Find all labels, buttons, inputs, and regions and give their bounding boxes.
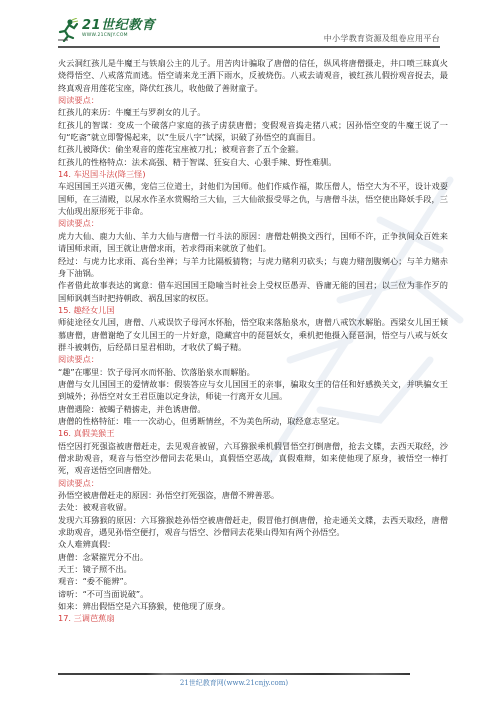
paragraph: 去处：被观音收留。 (58, 501, 448, 513)
paragraph: 车迟国国王兴道灭佛，宠信三位道士，封他们为国师。他们作威作福，欺压僧人，悟空大为… (58, 180, 448, 217)
reading-points-label: 阅读要点： (58, 477, 448, 489)
footer-link[interactable]: 21世纪教育网(www.21cnjy.com) (58, 678, 410, 688)
paragraph: 虎力大仙、鹿力大仙、羊力大仙与唐僧一行斗法的原因：唐僧赴朝换文西行，国师不许，正… (58, 230, 448, 255)
paragraph: 唐僧：念紧箍咒分不出。 (58, 551, 448, 563)
paragraph: 悟空因打死强盗被唐僧赶走，去见观音被留，六耳猕猴乘机假冒悟空打倒唐僧，抢去文牒，… (58, 440, 448, 477)
paragraph: 师徒途径女儿国，唐僧、八戒误饮子母河水怀胎，悟空取来落胎泉水，唐僧八戒饮水解胎。… (58, 316, 448, 353)
paragraph: 经过：与虎力比求雨、高台坐禅；与羊力比隔板猜物；与虎力赌利刃砍头；与鹿力赌剖腹剜… (58, 255, 448, 280)
reading-points-label: 阅读要点： (58, 353, 448, 365)
paragraph: 唐僧遇险：被蝎子精掳走，并色诱唐僧。 (58, 403, 448, 415)
reading-points-label: 阅读要点： (58, 94, 448, 106)
section-heading: 14. 车迟国斗法(降三怪) (58, 168, 448, 180)
paragraph: 谛听：“不可当面说破”。 (58, 588, 448, 600)
paragraph: 火云洞红孩儿是牛魔王与铁扇公主的儿子。用苦肉计骗取了唐僧的信任，纵风将唐僧摄走，… (58, 57, 448, 94)
reading-points-label: 阅读要点： (58, 217, 448, 229)
logo-url: WWW.21CNJY.COM (82, 33, 155, 39)
paragraph: 作者借此故事表达的寓意：借车迟国国王隐喻当时社会上受权臣愚弄、昏庸无能的国君；以… (58, 279, 448, 304)
paragraph: 发现六耳猕猴的原因：六耳猕猴趁孙悟空被唐僧赶走，假冒他打倒唐僧，抢走通关文牒，去… (58, 514, 448, 539)
paragraph: 红孩儿的智谋：变成一个破落户家庭的孩子虏获唐僧；变假观音捣走猪八戒；因孙悟空变的… (58, 119, 448, 144)
footer-divider (58, 673, 410, 675)
paragraph: 红孩儿的性格特点：法术高强、精于智谋、狂妄自大、心狠手辣、野性难驯。 (58, 156, 448, 168)
paragraph: 红孩儿的来历：牛魔王与罗刹女的儿子。 (58, 106, 448, 118)
paragraph: 天王：镜子照不出。 (58, 563, 448, 575)
page-header: 21世纪教育 WWW.21CNJY.COM 中小学教育资源及组卷应用平台 (58, 18, 440, 48)
runner-logo-icon (58, 18, 78, 42)
paragraph: 唐僧的性格特征：唯一一次动心，但勇断情丝，不为美色所动，取经意志坚定。 (58, 415, 448, 427)
paragraph: 孙悟空被唐僧赶走的原因：孙悟空打死强盗，唐僧不辨善恶。 (58, 489, 448, 501)
logo-title: 21世纪教育 (82, 18, 155, 33)
logo: 21世纪教育 WWW.21CNJY.COM (58, 18, 155, 44)
paragraph: 众人难辨真假： (58, 538, 448, 550)
paragraph: 如来：辨出假悟空是六耳猕猴，使他现了原身。 (58, 600, 448, 612)
paragraph: 观音：“委不能辨”。 (58, 575, 448, 587)
paragraph: 红孩儿被降伏：偷坐观音的莲花宝座被刀扎；被观音套了五个金箍。 (58, 143, 448, 155)
paragraph: 唐僧与女儿国国王的爱情故事：假装答应与女儿国国王的亲事，骗取女王的信任和好感换关… (58, 378, 448, 403)
section-heading: 15. 趣经女儿国 (58, 304, 448, 316)
platform-name: 中小学教育资源及组卷应用平台 (324, 33, 440, 44)
section-heading: 16. 真假美猴王 (58, 427, 448, 439)
section-heading: 17. 三调芭蕉扇 (58, 612, 448, 624)
paragraph: “趣”在哪里：饮子母河水而怀胎、饮落胎泉水而解胎。 (58, 366, 448, 378)
document-body: 火云洞红孩儿是牛魔王与铁扇公主的儿子。用苦肉计骗取了唐僧的信任，纵风将唐僧摄走，… (58, 57, 448, 625)
